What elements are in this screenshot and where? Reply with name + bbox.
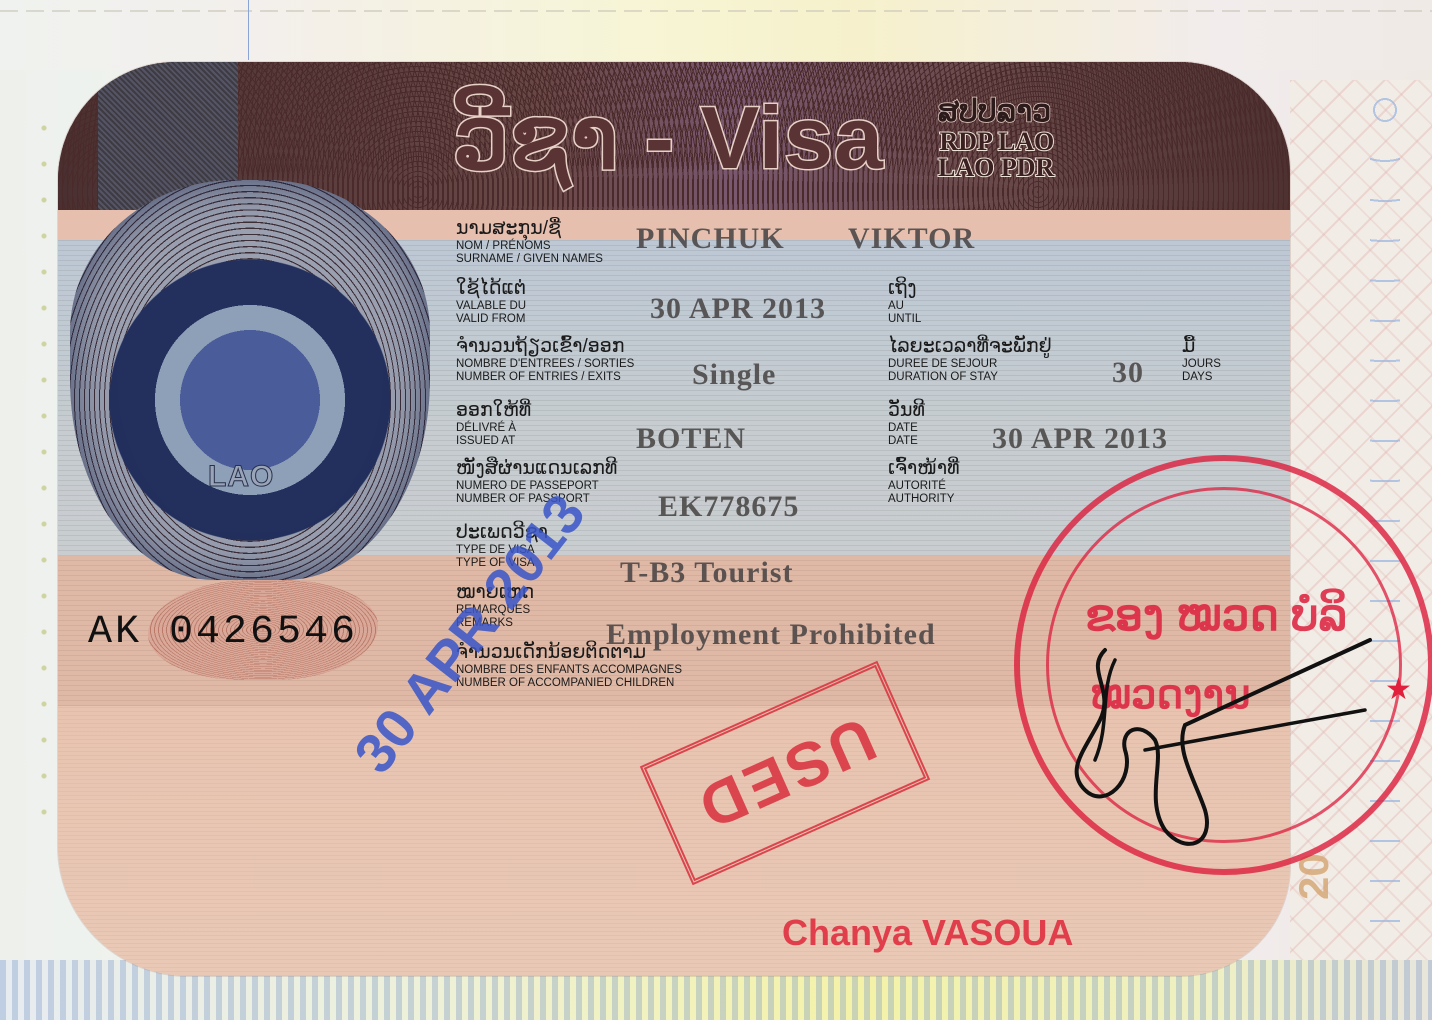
label-duration-unit: ມື້ JOURS DAYS	[1182, 336, 1221, 384]
issuer-block: ສປປລາວ RDP LAO LAO PDR	[938, 94, 1054, 181]
issuer-en: LAO PDR	[938, 155, 1054, 181]
label-valid-until: ເຖິງ AU UNTIL	[888, 278, 921, 326]
label-authority: ເຈົ້າໜ້າທີ່ AUTORITÉ AUTHORITY	[888, 458, 960, 506]
value-passport-number: EK778675	[658, 490, 799, 524]
page-fold-line	[248, 0, 249, 60]
value-given-name: VIKTOR	[848, 222, 975, 256]
officer-name-stamp: Chanya VASOUA	[782, 912, 1073, 954]
value-surname: PINCHUK	[636, 222, 785, 256]
passport-page-top	[0, 0, 1432, 70]
value-issued-at: BOTEN	[636, 422, 746, 456]
value-duration: 30	[1112, 356, 1144, 390]
label-name: ນາມສະກຸນ/ຊື່ NOM / PRÉNOMS SURNAME / GIV…	[456, 218, 603, 266]
label-issued-at: ອອກໃຫ້ທີ່ DÉLIVRÉ À ISSUED AT	[456, 400, 531, 448]
issuer-lao: ສປປລາວ	[938, 94, 1054, 129]
hologram-emblem-icon	[70, 180, 430, 580]
visa-title-en: Visa	[700, 88, 883, 187]
serial-number: AK 0426546	[88, 610, 358, 655]
label-entries: ຈຳນວນຖ້ຽວເຂົ້າ/ອອກ NOMBRE D'ENTREES / SO…	[456, 336, 634, 384]
visa-title-lao: ວີຊາ	[453, 88, 619, 187]
label-valid-from: ໃຊ້ໄດ້ແຕ່ VALABLE DU VALID FROM	[456, 278, 526, 326]
value-valid-from: 30 APR 2013	[650, 292, 826, 326]
visa-title: ວີຊາ - Visa	[453, 90, 884, 186]
label-duration: ໄລຍະເວລາທີ່ຈະພັກຢູ່ DUREE DE SEJOUR DURA…	[888, 336, 1052, 384]
star-icon: ★	[1385, 672, 1412, 707]
value-entries: Single	[692, 358, 776, 392]
page-perforation	[40, 110, 48, 830]
signature-icon	[1045, 630, 1375, 860]
value-visa-type: T-B3 Tourist	[620, 556, 793, 590]
issuer-fr: RDP LAO	[938, 129, 1054, 155]
value-date: 30 APR 2013	[992, 422, 1168, 456]
emblem-label: LAO	[208, 460, 274, 494]
label-date: ວັນທີ DATE DATE	[888, 400, 925, 448]
visa-title-separator: -	[645, 88, 675, 187]
